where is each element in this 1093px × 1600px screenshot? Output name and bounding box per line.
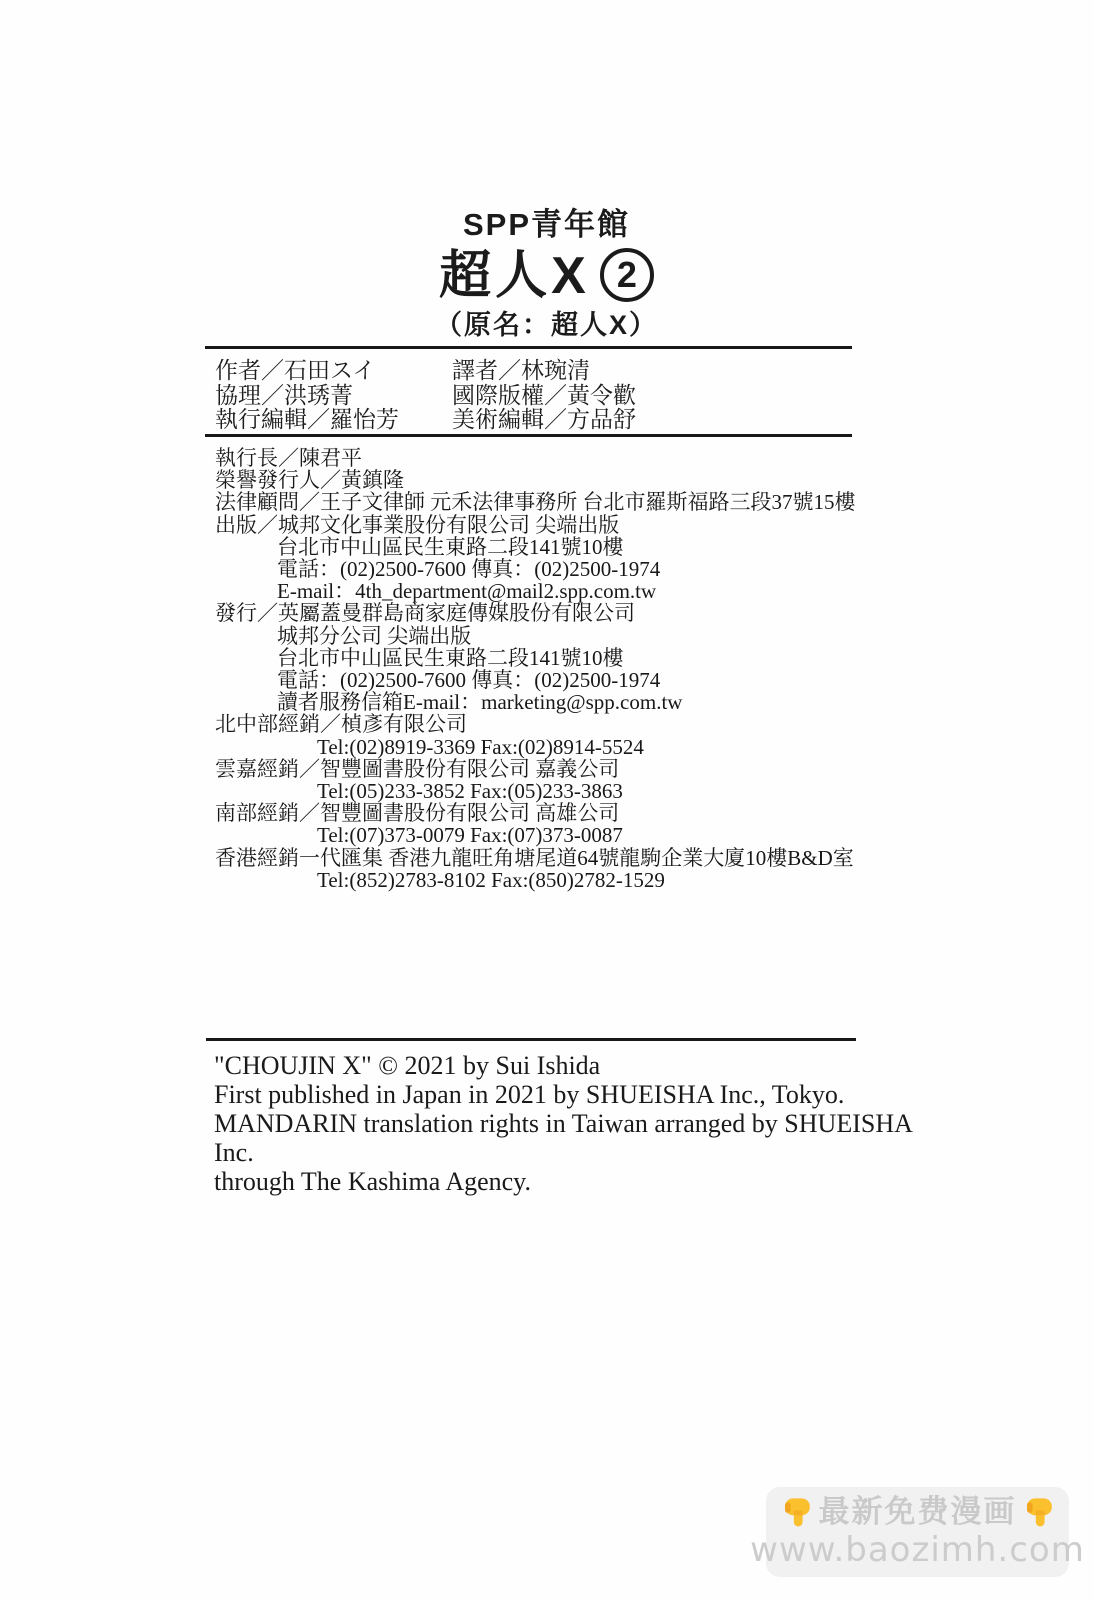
credit-line-author: 作者／石田スイ <box>215 359 452 384</box>
divider-top <box>205 346 852 349</box>
title-block: SPP青年館 超人X2 （原名：超人X） <box>0 207 1093 342</box>
colophon-line: 發行／英屬蓋曼群島商家庭傳媒股份有限公司 <box>215 602 895 624</box>
colophon-line: 北中部經銷／楨彥有限公司 <box>215 713 895 735</box>
credits-block: 作者／石田スイ 協理／洪琇菁 執行編輯／羅怡芳 譯者／林琬清 國際版權／黃令歡 … <box>215 359 875 433</box>
copyright-line: First published in Japan in 2021 by SHUE… <box>214 1080 914 1109</box>
colophon-line: 香港經銷一代匯集 香港九龍旺角塘尾道64號龍駒企業大廈10樓B&D室 <box>215 847 895 869</box>
publisher-colophon: 執行長／陳君平 榮譽發行人／黃鎮隆 法律顧問／王子文律師 元禾法律事務所 台北市… <box>215 447 895 891</box>
colophon-line: 法律顧問／王子文律師 元禾法律事務所 台北市羅斯福路三段37號15樓 <box>215 491 895 513</box>
colophon-line: 城邦分公司 尖端出版 <box>215 625 895 647</box>
pointing-down-icon <box>781 1496 813 1528</box>
colophon-line: Tel:(07)373-0079 Fax:(07)373-0087 <box>215 824 895 846</box>
copyright-line: "CHOUJIN X" © 2021 by Sui Ishida <box>214 1051 914 1080</box>
original-title: （原名：超人X） <box>0 308 1093 342</box>
copyright-line: MANDARIN translation rights in Taiwan ar… <box>214 1109 914 1167</box>
colophon-line: Tel:(02)8919-3369 Fax:(02)8914-5524 <box>215 736 895 758</box>
colophon-line: 讀者服務信箱E-mail：marketing@spp.com.tw <box>215 691 895 713</box>
pointing-down-icon <box>1023 1496 1055 1528</box>
colophon-page: SPP青年館 超人X2 （原名：超人X） 作者／石田スイ 協理／洪琇菁 執行編輯… <box>0 0 1093 1600</box>
colophon-line: 執行長／陳君平 <box>215 447 895 469</box>
divider-copyright <box>206 1038 856 1041</box>
colophon-line: 雲嘉經銷／智豐圖書股份有限公司 嘉義公司 <box>215 758 895 780</box>
divider-middle <box>205 434 852 437</box>
colophon-line: 台北市中山區民生東路二段141號10樓 <box>215 536 895 558</box>
colophon-line: 電話：(02)2500-7600 傳真：(02)2500-1974 <box>215 669 895 691</box>
colophon-line: E-mail：4th_department@mail2.spp.com.tw <box>215 580 895 602</box>
volume-number-badge: 2 <box>600 248 654 302</box>
credit-line-exec-editor: 執行編輯／羅怡芳 <box>215 408 452 433</box>
copyright-line: through The Kashima Agency. <box>214 1167 914 1196</box>
credit-line-coordinator: 協理／洪琇菁 <box>215 384 452 409</box>
book-title: 超人X2 <box>0 247 1093 305</box>
colophon-line: 電話：(02)2500-7600 傳真：(02)2500-1974 <box>215 558 895 580</box>
site-watermark: 最新免费漫画 www.baozimh.com <box>766 1487 1069 1577</box>
watermark-url: www.baozimh.com <box>750 1530 1085 1570</box>
credits-right-column: 譯者／林琬清 國際版權／黃令歡 美術編輯／方品舒 <box>452 359 875 433</box>
book-title-text: 超人X <box>439 247 590 305</box>
credits-left-column: 作者／石田スイ 協理／洪琇菁 執行編輯／羅怡芳 <box>215 359 452 433</box>
watermark-headline: 最新免费漫画 <box>819 1494 1017 1530</box>
series-name: SPP青年館 <box>0 207 1093 243</box>
copyright-notice: "CHOUJIN X" © 2021 by Sui Ishida First p… <box>214 1051 914 1196</box>
colophon-line: Tel:(852)2783-8102 Fax:(850)2782-1529 <box>215 869 895 891</box>
colophon-line: 南部經銷／智豐圖書股份有限公司 高雄公司 <box>215 802 895 824</box>
credit-line-intl-rights: 國際版權／黃令歡 <box>452 384 875 409</box>
colophon-line: Tel:(05)233-3852 Fax:(05)233-3863 <box>215 780 895 802</box>
credit-line-translator: 譯者／林琬清 <box>452 359 875 384</box>
colophon-line: 出版／城邦文化事業股份有限公司 尖端出版 <box>215 514 895 536</box>
credit-line-art-editor: 美術編輯／方品舒 <box>452 408 875 433</box>
watermark-headline-row: 最新免费漫画 <box>781 1494 1055 1530</box>
colophon-line: 台北市中山區民生東路二段141號10樓 <box>215 647 895 669</box>
colophon-line: 榮譽發行人／黃鎮隆 <box>215 469 895 491</box>
